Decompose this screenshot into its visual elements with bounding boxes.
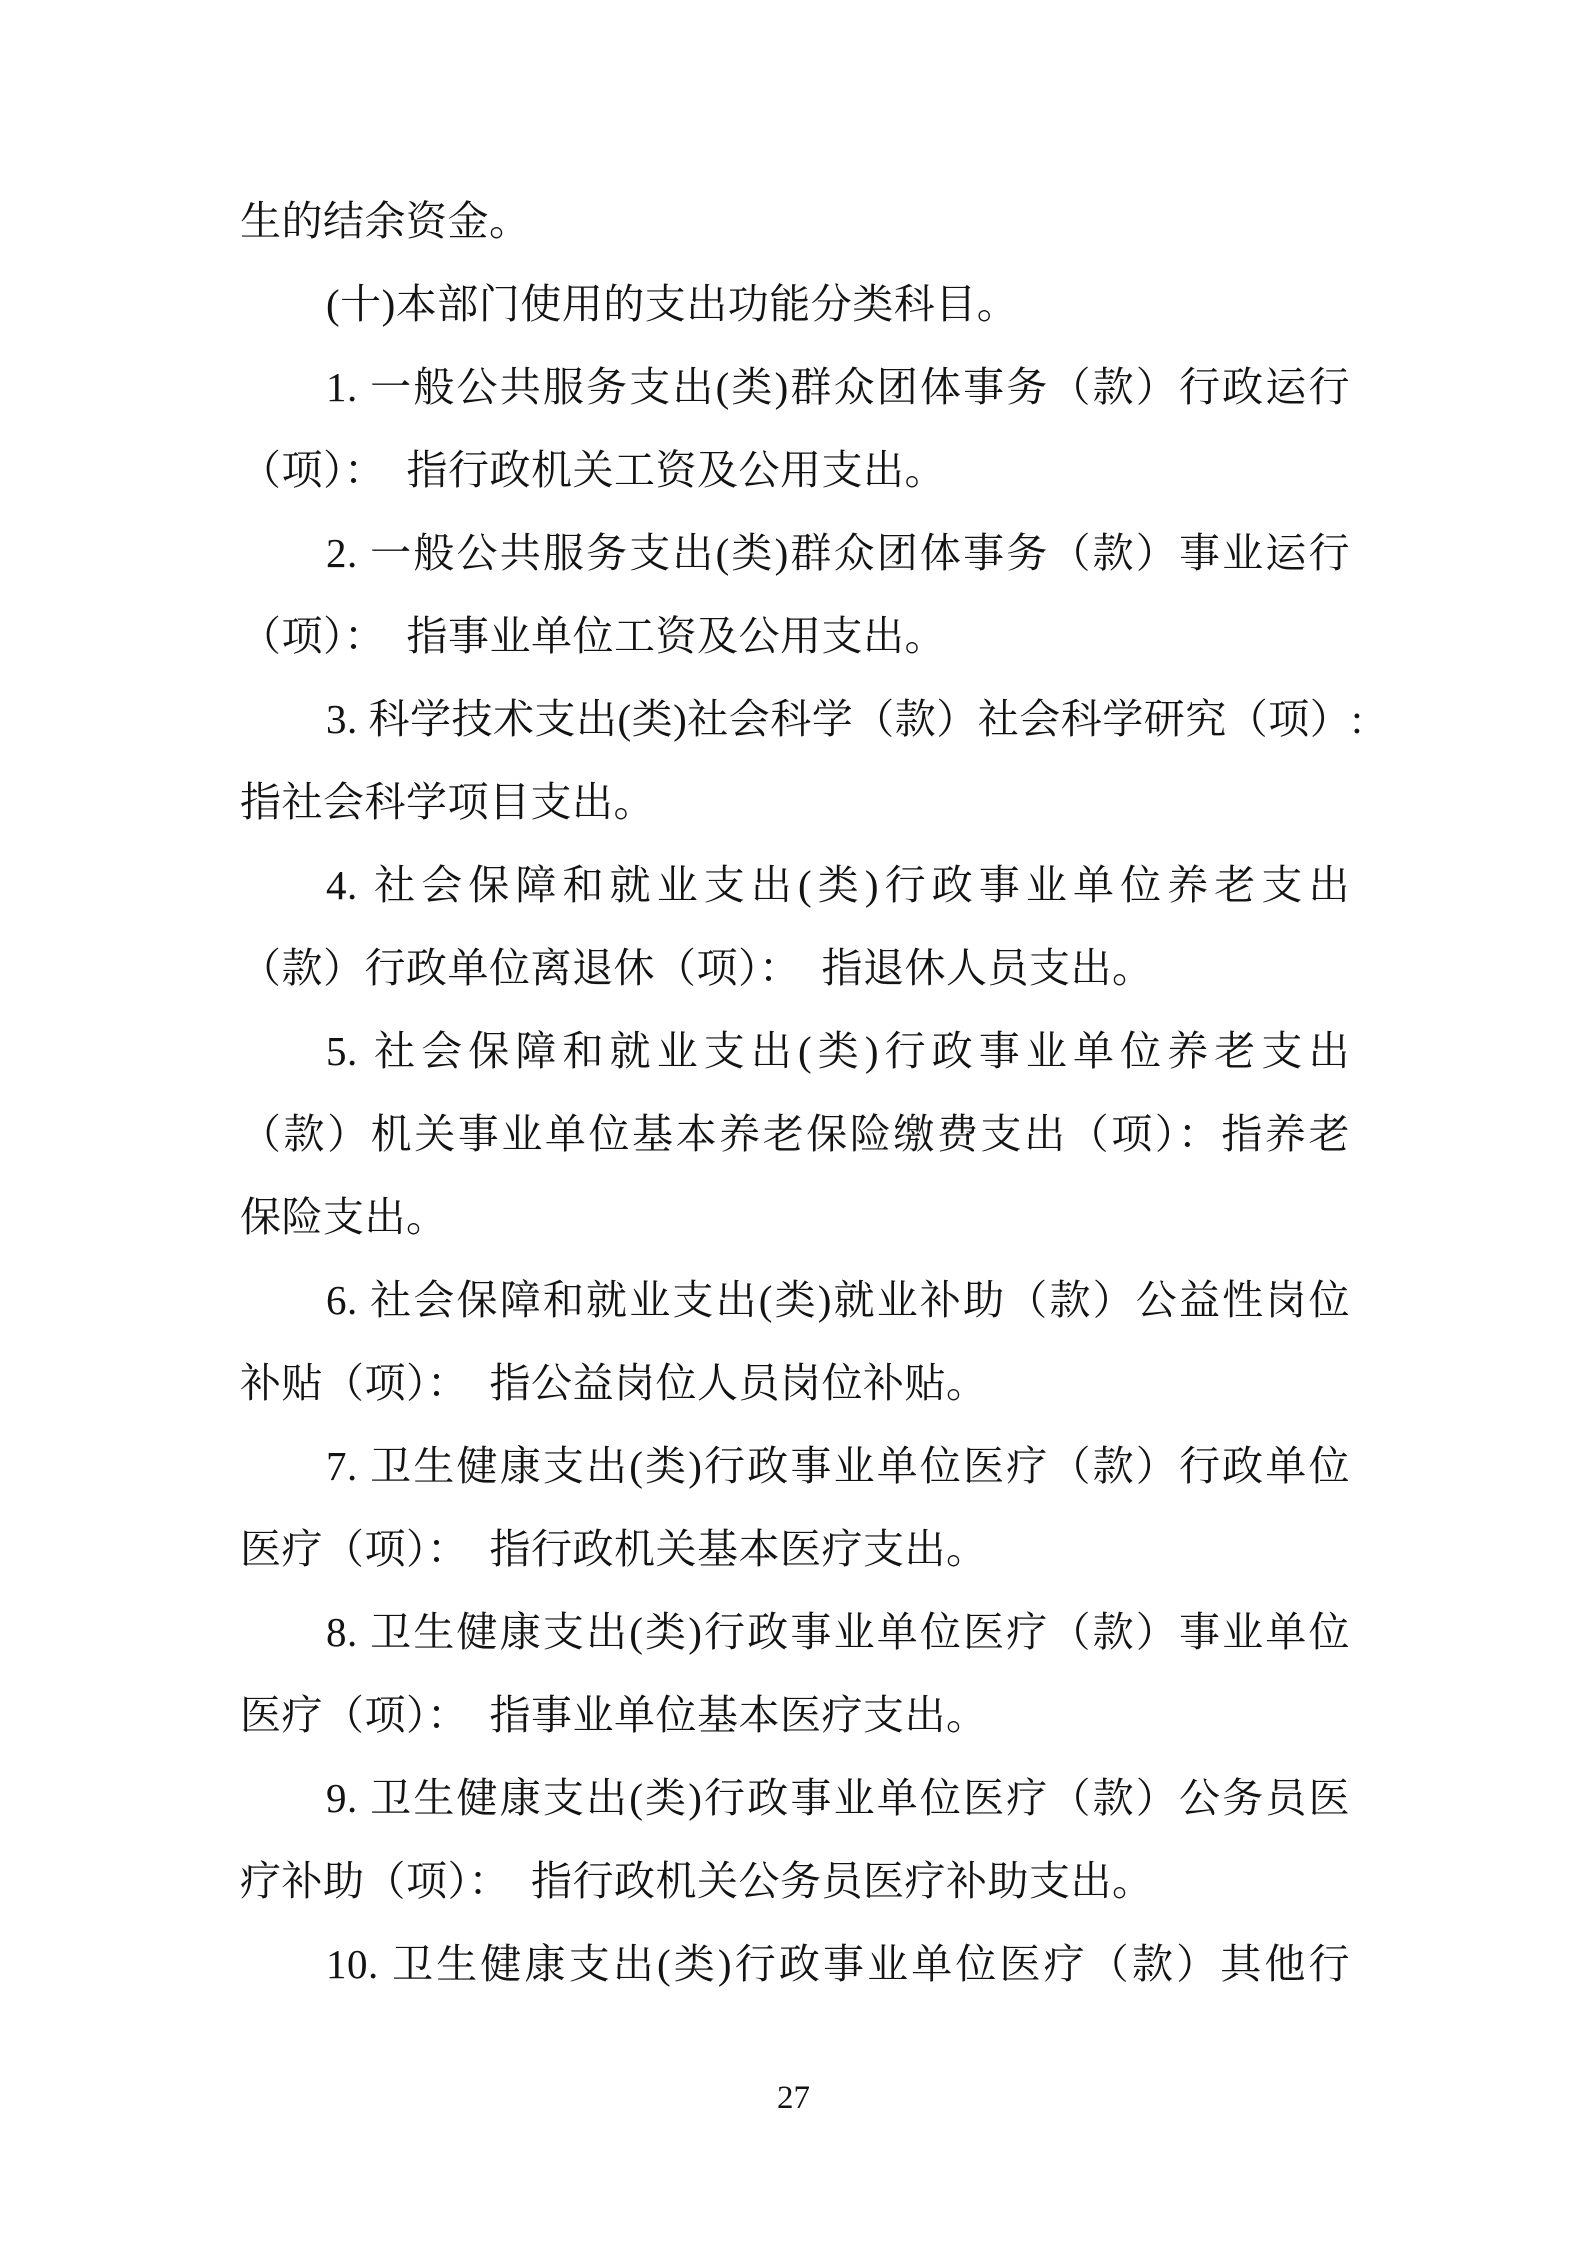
text-line: 医疗（项）： 指事业单位基本医疗支出。 [240,1674,1350,1757]
page-number: 27 [0,2078,1587,2118]
text-line: （款）机关事业单位基本养老保险缴费支出（项）：指养老 [240,1093,1350,1176]
text-line: （项）： 指行政机关工资及公用支出。 [240,429,1350,512]
text-line: 6. 社会保障和就业支出(类)就业补助（款）公益性岗位 [240,1259,1350,1342]
text-line: 保险支出。 [240,1176,1350,1259]
document-body: 生的结余资金。(十)本部门使用的支出功能分类科目。1. 一般公共服务支出(类)群… [240,180,1350,2006]
text-line: （款）行政单位离退休（项）： 指退休人员支出。 [240,927,1350,1010]
text-line: 生的结余资金。 [240,180,1350,263]
text-line: 疗补助（项）： 指行政机关公务员医疗补助支出。 [240,1840,1350,1923]
text-line: 医疗（项）： 指行政机关基本医疗支出。 [240,1508,1350,1591]
text-line: (十)本部门使用的支出功能分类科目。 [240,263,1350,346]
text-line: 3. 科学技术支出(类)社会科学（款）社会科学研究（项）: [240,678,1350,761]
text-line: 指社会科学项目支出。 [240,761,1350,844]
text-line: 1. 一般公共服务支出(类)群众团体事务（款）行政运行 [240,346,1350,429]
text-line: 2. 一般公共服务支出(类)群众团体事务（款）事业运行 [240,512,1350,595]
text-line: 10. 卫生健康支出(类)行政事业单位医疗（款）其他行 [240,1923,1350,2006]
text-line: 8. 卫生健康支出(类)行政事业单位医疗（款）事业单位 [240,1591,1350,1674]
text-line: 4. 社会保障和就业支出(类)行政事业单位养老支出 [240,844,1350,927]
text-line: 7. 卫生健康支出(类)行政事业单位医疗（款）行政单位 [240,1425,1350,1508]
text-line: 5. 社会保障和就业支出(类)行政事业单位养老支出 [240,1010,1350,1093]
document-page: 生的结余资金。(十)本部门使用的支出功能分类科目。1. 一般公共服务支出(类)群… [0,0,1587,2245]
text-line: 9. 卫生健康支出(类)行政事业单位医疗（款）公务员医 [240,1757,1350,1840]
text-line: （项）： 指事业单位工资及公用支出。 [240,595,1350,678]
text-line: 补贴（项）： 指公益岗位人员岗位补贴。 [240,1342,1350,1425]
